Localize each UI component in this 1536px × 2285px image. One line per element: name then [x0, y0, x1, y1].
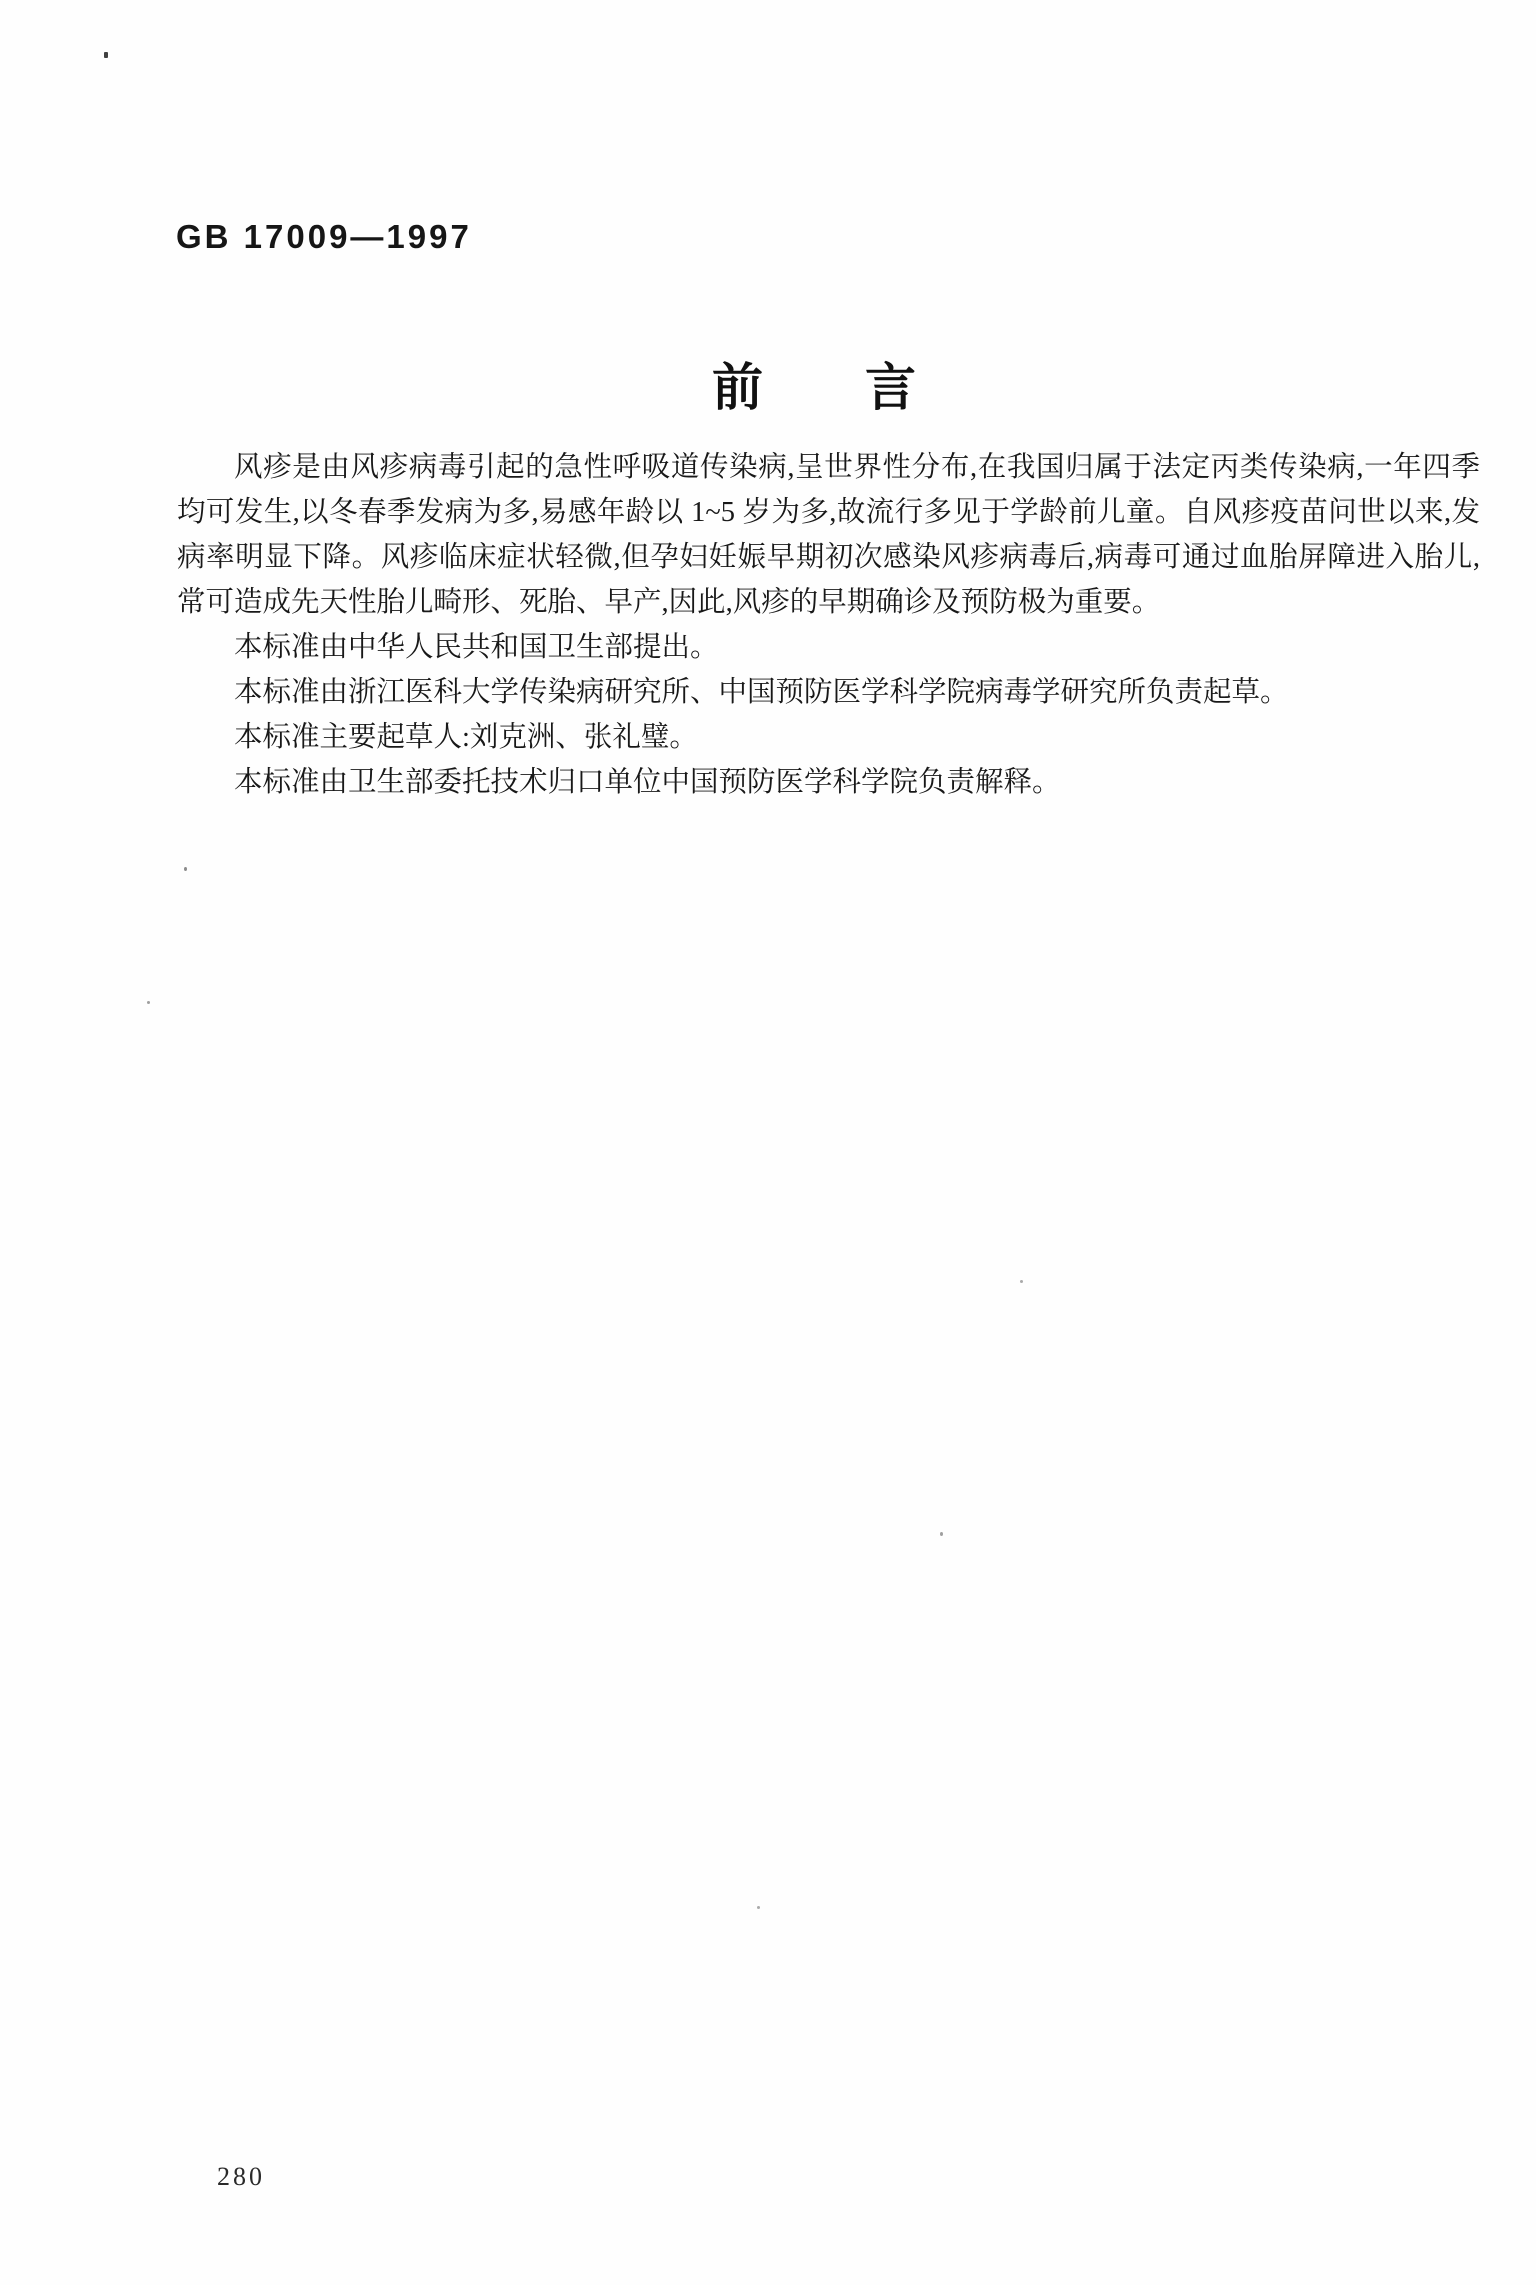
paragraph-introduction: 风疹是由风疹病毒引起的急性呼吸道传染病,呈世界性分布,在我国归属于法定丙类传染病… — [177, 445, 1480, 625]
scan-speck — [147, 1001, 150, 1004]
scan-speck — [940, 1532, 943, 1536]
scan-speck — [104, 52, 108, 58]
foreword-body: 风疹是由风疹病毒引起的急性呼吸道传染病,呈世界性分布,在我国归属于法定丙类传染病… — [177, 445, 1480, 805]
paragraph-proposed-by: 本标准由中华人民共和国卫生部提出。 — [177, 625, 1480, 670]
scan-speck — [184, 867, 187, 871]
scan-speck — [1020, 1280, 1023, 1283]
document-page: GB 17009—1997 前 言 风疹是由风疹病毒引起的急性呼吸道传染病,呈世… — [0, 0, 1536, 2285]
paragraph-chief-drafters: 本标准主要起草人:刘克洲、张礼璧。 — [177, 715, 1480, 760]
paragraph-drafting-organizations: 本标准由浙江医科大学传染病研究所、中国预防医学科学院病毒学研究所负责起草。 — [177, 670, 1480, 715]
standard-code: GB 17009—1997 — [176, 218, 472, 256]
paragraph-interpretation-authority: 本标准由卫生部委托技术归口单位中国预防医学科学院负责解释。 — [177, 760, 1480, 805]
page-number: 280 — [217, 2162, 265, 2192]
page-title: 前 言 — [712, 346, 916, 420]
scan-speck — [757, 1906, 760, 1909]
